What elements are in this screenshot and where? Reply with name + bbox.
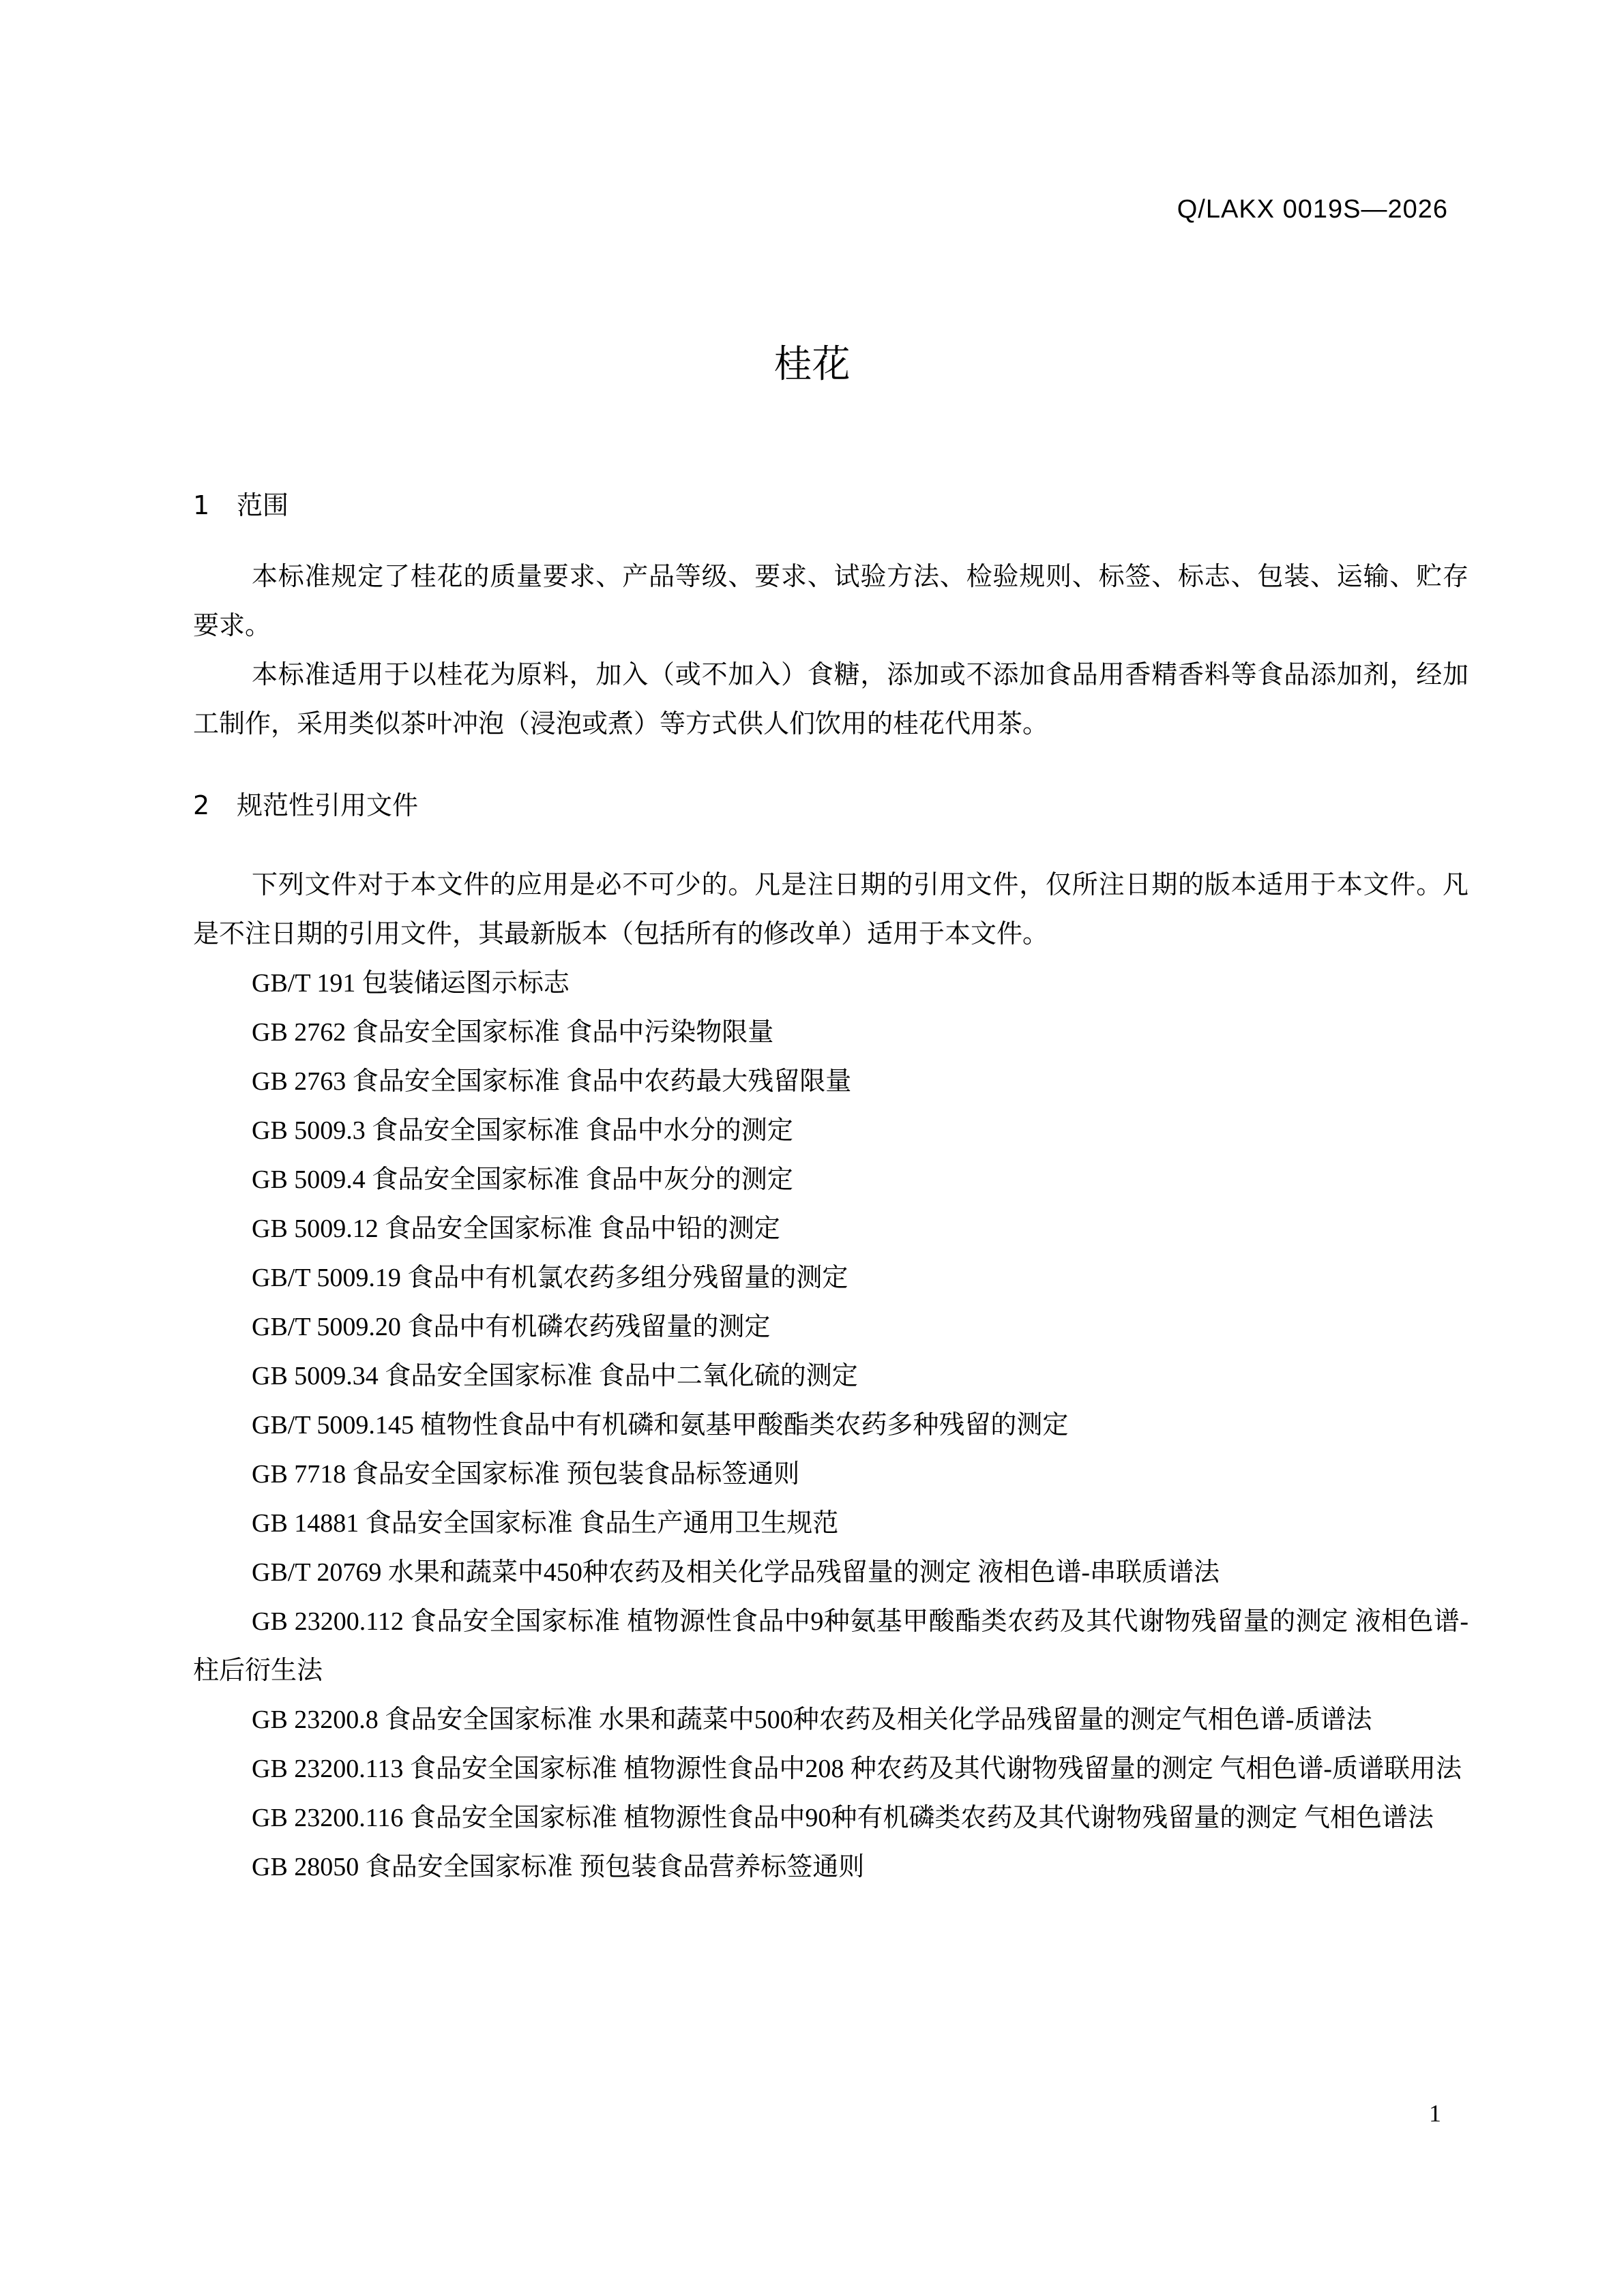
reference-title: 植物性食品中有机磷和氨基甲酸酯类农药多种残留的测定 bbox=[420, 1411, 1068, 1440]
reference-item: GB 5009.12 食品安全国家标准 食品中铅的测定 bbox=[193, 1204, 1468, 1253]
section-heading-scope: 1范围 bbox=[193, 484, 289, 522]
reference-item: GB 23200.8 食品安全国家标准 水果和蔬菜中500种农药及相关化学品残留… bbox=[193, 1695, 1468, 1744]
reference-title: 食品安全国家标准 植物源性食品中90种有机磷类农药及其代谢物残留量的测定 气相色… bbox=[410, 1804, 1434, 1832]
reference-code: GB 23200.113 bbox=[252, 1755, 403, 1783]
reference-item: GB 5009.34 食品安全国家标准 食品中二氧化硫的测定 bbox=[193, 1352, 1468, 1401]
reference-item: GB 23200.113 食品安全国家标准 植物源性食品中208 种农药及其代谢… bbox=[193, 1744, 1468, 1793]
reference-title: 食品安全国家标准 食品生产通用卫生规范 bbox=[366, 1509, 839, 1538]
reference-code: GB 7718 bbox=[252, 1460, 346, 1489]
reference-code: GB/T 5009.19 bbox=[252, 1264, 401, 1292]
reference-code: GB 5009.4 bbox=[252, 1165, 366, 1194]
reference-title: 水果和蔬菜中450种农药及相关化学品残留量的测定 液相色谱-串联质谱法 bbox=[388, 1558, 1220, 1587]
reference-title: 食品安全国家标准 食品中二氧化硫的测定 bbox=[385, 1362, 858, 1390]
reference-title: 食品安全国家标准 预包装食品营养标签通则 bbox=[366, 1853, 865, 1881]
reference-title: 食品中有机氯农药多组分残留量的测定 bbox=[407, 1264, 848, 1292]
reference-code: GB 28050 bbox=[252, 1853, 359, 1881]
reference-item: GB 23200.116 食品安全国家标准 植物源性食品中90种有机磷类农药及其… bbox=[193, 1793, 1468, 1843]
reference-item: GB 28050 食品安全国家标准 预包装食品营养标签通则 bbox=[193, 1843, 1468, 1892]
reference-item: GB 23200.112 食品安全国家标准 植物源性食品中9种氨基甲酸酯类农药及… bbox=[193, 1597, 1468, 1695]
scope-paragraph-2: 本标准适用于以桂花为原料，加入（或不加入）食糖，添加或不添加食品用香精香料等食品… bbox=[193, 651, 1468, 749]
reference-code: GB/T 5009.20 bbox=[252, 1313, 401, 1341]
reference-title: 食品安全国家标准 食品中水分的测定 bbox=[372, 1116, 793, 1145]
reference-code: GB 2763 bbox=[252, 1067, 346, 1096]
document-title: 桂花 bbox=[0, 334, 1624, 389]
reference-item: GB/T 5009.19 食品中有机氯农药多组分残留量的测定 bbox=[193, 1253, 1468, 1302]
reference-code: GB 5009.12 bbox=[252, 1214, 379, 1243]
reference-title: 食品安全国家标准 植物源性食品中208 种农药及其代谢物残留量的测定 气相色谱-… bbox=[410, 1755, 1462, 1783]
reference-title: 食品安全国家标准 水果和蔬菜中500种农药及相关化学品残留量的测定气相色谱-质谱… bbox=[385, 1705, 1372, 1734]
reference-code: GB/T 5009.145 bbox=[252, 1411, 414, 1440]
reference-code: GB 23200.112 bbox=[252, 1607, 404, 1636]
reference-item: GB 2763 食品安全国家标准 食品中农药最大残留限量 bbox=[193, 1057, 1468, 1106]
document-page: Q/LAKX 0019S—2026 桂花 1范围 本标准规定了桂花的质量要求、产… bbox=[0, 0, 1624, 2296]
scope-paragraph-1: 本标准规定了桂花的质量要求、产品等级、要求、试验方法、检验规则、标签、标志、包装… bbox=[193, 552, 1468, 651]
reference-title: 食品安全国家标准 食品中灰分的测定 bbox=[372, 1165, 793, 1194]
section-title: 规范性引用文件 bbox=[237, 790, 418, 820]
section-heading-normative-references: 2规范性引用文件 bbox=[193, 784, 418, 822]
reference-item: GB 2762 食品安全国家标准 食品中污染物限量 bbox=[193, 1008, 1468, 1057]
section-title: 范围 bbox=[237, 490, 289, 520]
reference-code: GB 23200.8 bbox=[252, 1705, 379, 1734]
reference-code: GB/T 20769 bbox=[252, 1558, 381, 1587]
reference-item: GB 7718 食品安全国家标准 预包装食品标签通则 bbox=[193, 1450, 1468, 1499]
reference-code: GB 23200.116 bbox=[252, 1804, 403, 1832]
reference-title: 食品安全国家标准 食品中铅的测定 bbox=[385, 1214, 780, 1243]
reference-code: GB 14881 bbox=[252, 1509, 359, 1538]
section-number: 2 bbox=[193, 790, 237, 820]
section-number: 1 bbox=[193, 490, 237, 520]
reference-item: GB/T 20769 水果和蔬菜中450种农药及相关化学品残留量的测定 液相色谱… bbox=[193, 1548, 1468, 1597]
reference-item: GB 5009.3 食品安全国家标准 食品中水分的测定 bbox=[193, 1106, 1468, 1155]
reference-item: GB 5009.4 食品安全国家标准 食品中灰分的测定 bbox=[193, 1155, 1468, 1204]
reference-title: 食品安全国家标准 食品中污染物限量 bbox=[353, 1018, 774, 1047]
reference-title: 包装储运图示标志 bbox=[362, 969, 570, 998]
reference-title: 食品安全国家标准 食品中农药最大残留限量 bbox=[353, 1067, 852, 1096]
reference-code: GB/T 191 bbox=[252, 969, 355, 998]
reference-item: GB/T 191 包装储运图示标志 bbox=[193, 959, 1468, 1008]
document-code: Q/LAKX 0019S—2026 bbox=[1177, 195, 1448, 224]
reference-item: GB/T 5009.145 植物性食品中有机磷和氨基甲酸酯类农药多种残留的测定 bbox=[193, 1401, 1468, 1450]
reference-code: GB 5009.3 bbox=[252, 1116, 366, 1145]
reference-code: GB 2762 bbox=[252, 1018, 346, 1047]
reference-item: GB 14881 食品安全国家标准 食品生产通用卫生规范 bbox=[193, 1499, 1468, 1548]
reference-title: 食品安全国家标准 预包装食品标签通则 bbox=[353, 1460, 800, 1489]
references-intro-paragraph: 下列文件对于本文件的应用是必不可少的。凡是注日期的引用文件，仅所注日期的版本适用… bbox=[193, 861, 1468, 959]
reference-item: GB/T 5009.20 食品中有机磷农药残留量的测定 bbox=[193, 1302, 1468, 1352]
reference-code: GB 5009.34 bbox=[252, 1362, 379, 1390]
reference-list: GB/T 191 包装储运图示标志 GB 2762 食品安全国家标准 食品中污染… bbox=[193, 959, 1468, 1892]
page-number: 1 bbox=[1429, 2099, 1441, 2128]
reference-title: 食品中有机磷农药残留量的测定 bbox=[407, 1313, 770, 1341]
